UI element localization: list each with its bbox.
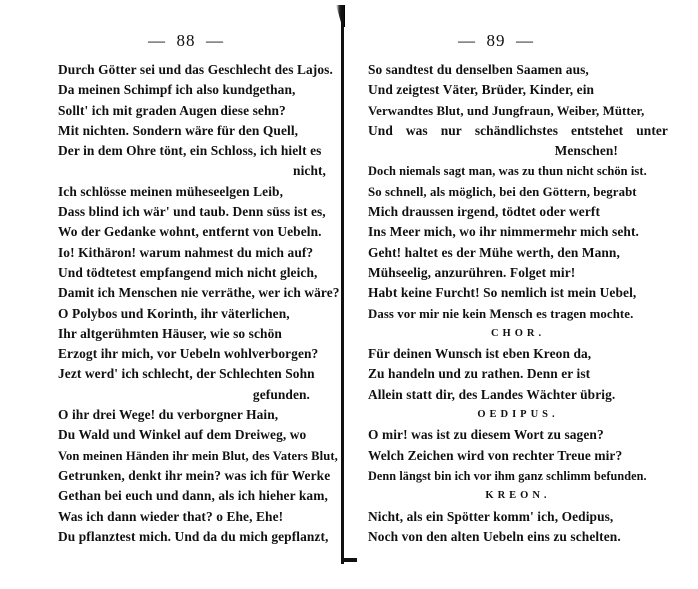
verse-line: Jezt werd' ich schlecht, der Schlechten …	[58, 364, 338, 384]
verse-line: Von meinen Händen ihr mein Blut, des Vat…	[58, 446, 338, 466]
verse-line: Sollt' ich mit graden Augen diese sehn?	[58, 101, 338, 121]
verse-line: Habt keine Furcht! So nemlich ist mein U…	[368, 283, 668, 303]
verse-line-justified: Und was nur schändlichstes entstehet unt…	[368, 121, 668, 141]
page-number: — 89 —	[458, 31, 534, 51]
verse-line: Dass vor mir nie kein Mensch es tragen m…	[368, 304, 668, 324]
verse-line: Denn längst bin ich vor ihm ganz schlimm…	[368, 466, 668, 486]
word: entstehet	[571, 121, 623, 141]
verse-line: Allein statt dir, des Landes Wächter übr…	[368, 385, 668, 405]
word: nur	[441, 121, 462, 141]
book-spread: — 88 — Durch Götter sei und das Geschlec…	[0, 0, 698, 589]
verse-line-continuation: nicht,	[58, 161, 338, 181]
verse-line-continuation: gefunden.	[58, 385, 338, 405]
verse-line: Was ich dann wieder that? o Ehe, Ehe!	[58, 507, 338, 527]
verse-line: Durch Götter sei und das Geschlecht des …	[58, 60, 338, 80]
verse-line: Ihr altgerühmten Häuser, wie so schön	[58, 324, 338, 344]
verse-line: Und tödtetest empfangend mich nicht glei…	[58, 263, 338, 283]
verse-line: So schnell, als möglich, bei den Göttern…	[368, 182, 668, 202]
verse-line: O Polybos und Korinth, ihr väterlichen,	[58, 304, 338, 324]
verse-line: Du pflanztest mich. Und da du mich gepfl…	[58, 527, 338, 547]
verse-line: Ich schlösse meinen müheseelgen Leib,	[58, 182, 338, 202]
word: schändlichstes	[475, 121, 558, 141]
word: unter	[636, 121, 668, 141]
speaker-heading-kreon: KREON.	[368, 486, 668, 506]
verse-line: Geht! haltet es der Mühe werth, den Mann…	[368, 243, 668, 263]
verse-line: Du Wald und Winkel auf dem Dreiweg, wo	[58, 425, 338, 445]
verse-line: Doch niemals sagt man, was zu thun nicht…	[368, 161, 668, 181]
verse-line: Damit ich Menschen nie verräthe, wer ich…	[58, 283, 338, 303]
verse-line: Verwandtes Blut, und Jungfraun, Weiber, …	[368, 101, 668, 121]
verse-line: O ihr drei Wege! du verborgner Hain,	[58, 405, 338, 425]
verse-line: Nicht, als ein Spötter komm' ich, Oedipu…	[368, 507, 668, 527]
verse-line: Mich draussen irgend, tödtet oder werft	[368, 202, 668, 222]
verse-line: Mit nichten. Sondern wäre für den Quell,	[58, 121, 338, 141]
verse-line: Mühseelig, anzurühren. Folget mir!	[368, 263, 668, 283]
verse-line: Der in dem Ohre tönt, ein Schloss, ich h…	[58, 141, 338, 161]
verse-block: So sandtest du denselben Saamen aus, Und…	[368, 60, 668, 547]
verse-line-continuation: Menschen!	[368, 141, 668, 161]
page-number: — 88 —	[148, 31, 224, 51]
speaker-heading-chor: CHOR.	[368, 324, 668, 344]
speaker-heading-oedipus: OEDIPUS.	[368, 405, 668, 425]
verse-line: Welch Zeichen wird von rechter Treue mir…	[368, 446, 668, 466]
word: Und	[368, 121, 393, 141]
gutter-foot	[341, 558, 357, 562]
page-gutter-divider	[341, 6, 344, 564]
verse-line: Für deinen Wunsch ist eben Kreon da,	[368, 344, 668, 364]
verse-line: Zu handeln und zu rathen. Denn er ist	[368, 364, 668, 384]
verse-line: O mir! was ist zu diesem Wort zu sagen?	[368, 425, 668, 445]
verse-line: Ins Meer mich, wo ihr nimmermehr mich se…	[368, 222, 668, 242]
verse-line: Wo der Gedanke wohnt, entfernt von Uebel…	[58, 222, 338, 242]
verse-line: Dass blind ich wär' und taub. Denn süss …	[58, 202, 338, 222]
word: was	[406, 121, 428, 141]
verse-line: So sandtest du denselben Saamen aus,	[368, 60, 668, 80]
verse-line: Da meinen Schimpf ich also kundgethan,	[58, 80, 338, 100]
verse-line: Getrunken, denkt ihr mein? was ich für W…	[58, 466, 338, 486]
verse-block: Durch Götter sei und das Geschlecht des …	[58, 60, 338, 547]
verse-line: Noch von den alten Uebeln eins zu schelt…	[368, 527, 668, 547]
verse-line: Und zeigtest Väter, Brüder, Kinder, ein	[368, 80, 668, 100]
verse-line: Erzogt ihr mich, vor Uebeln wohlverborge…	[58, 344, 338, 364]
verse-line: Io! Kithäron! warum nahmest du mich auf?	[58, 243, 338, 263]
verse-line: Gethan bei euch und dann, als ich hieher…	[58, 486, 338, 506]
